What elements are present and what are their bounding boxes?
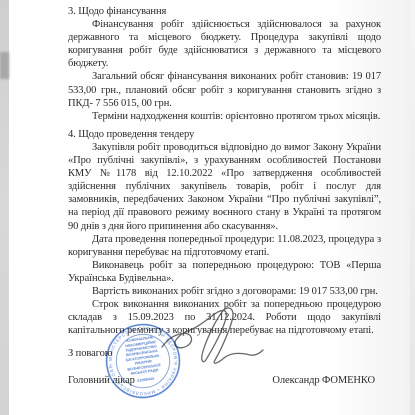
paragraph-previous-procedure-date: Дата проведення попередньої процедури: 1… — [68, 233, 381, 259]
round-stamp-icon: • МІНІСТЕРСТВО ОХОРОНИ ЗДОРОВ'Я УКРАЇНИ … — [99, 317, 187, 405]
stamp-code: 01998443 — [137, 377, 154, 383]
scan-edge-right — [410, 0, 415, 415]
paragraph-contractor: Виконавець робіт за попередньою процедур… — [68, 259, 381, 285]
paragraph-financing-amount: Загальний обсяг фінансування виконаних р… — [68, 70, 381, 109]
section-4-heading: 4. Щодо проведення тендеру — [68, 128, 381, 141]
scan-edge-dark-patch — [0, 52, 9, 79]
section-3-heading: 3. Щодо фінансування — [68, 5, 381, 18]
paragraph-works-cost: Вартість виконаних робіт згідно з догово… — [68, 285, 381, 298]
paragraph-funds-timing: Терміни надходження коштів: орієнтовно п… — [68, 110, 381, 123]
paragraph-tender-law: Закупівля робіт проводиться відповідно д… — [68, 141, 381, 233]
signer-name: Олександр ФОМЕНКО — [272, 374, 375, 387]
document-page: 3. Щодо фінансування Фінансування робіт … — [0, 0, 415, 415]
paragraph-financing-source: Фінансування робіт здійснюється здійснюв… — [68, 18, 381, 70]
